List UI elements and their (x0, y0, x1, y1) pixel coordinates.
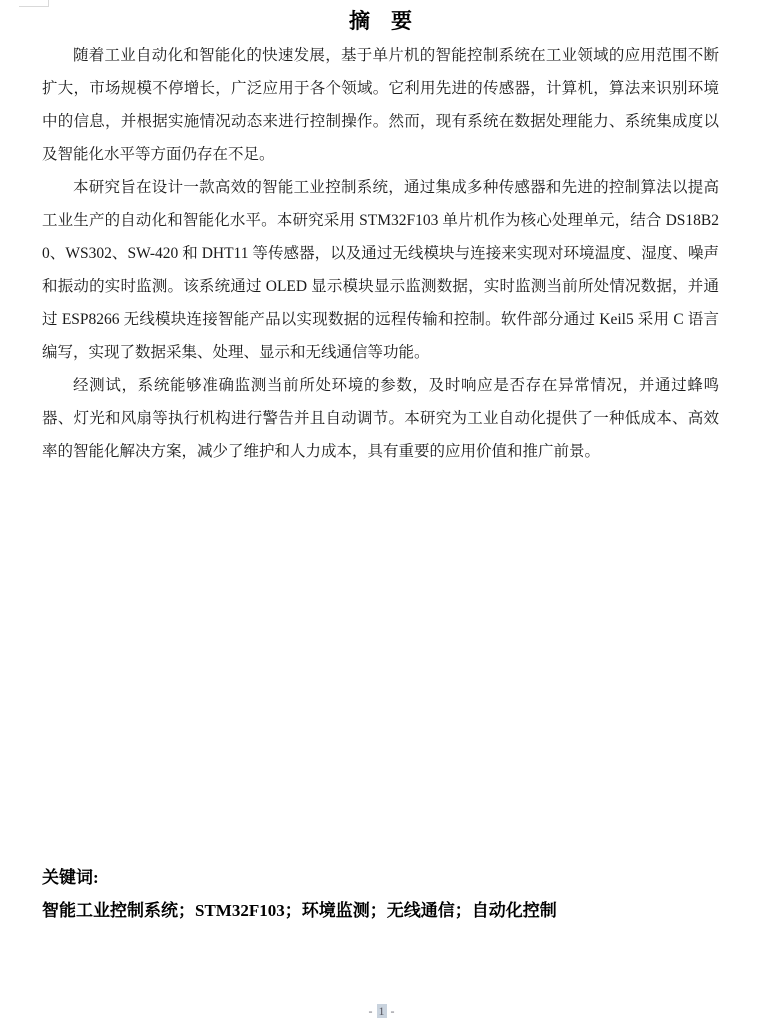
keywords-section: 关键词: 智能工业控制系统；STM32F103；环境监测；无线通信；自动化控制 (42, 861, 719, 927)
abstract-paragraph-1: 随着工业自动化和智能化的快速发展，基于单片机的智能控制系统在工业领域的应用范围不… (42, 39, 719, 171)
keywords-label: 关键词: (42, 861, 719, 894)
page-number: 1 (377, 1004, 387, 1018)
page-footer: -1- (0, 1004, 763, 1018)
abstract-paragraph-3: 经测试，系统能够准确监测当前所处环境的参数，及时响应是否存在异常情况，并通过蜂鸣… (42, 369, 719, 468)
abstract-body: 随着工业自动化和智能化的快速发展，基于单片机的智能控制系统在工业领域的应用范围不… (42, 39, 719, 468)
document-page: 摘 要 随着工业自动化和智能化的快速发展，基于单片机的智能控制系统在工业领域的应… (0, 0, 763, 1024)
abstract-paragraph-2: 本研究旨在设计一款高效的智能工业控制系统，通过集成多种传感器和先进的控制算法以提… (42, 171, 719, 369)
page-number-dash-right: - (391, 1004, 395, 1018)
page-number-dash-left: - (369, 1004, 373, 1018)
page-title: 摘 要 (42, 6, 719, 36)
corner-mark (19, 0, 49, 7)
keywords-list: 智能工业控制系统；STM32F103；环境监测；无线通信；自动化控制 (42, 894, 719, 927)
